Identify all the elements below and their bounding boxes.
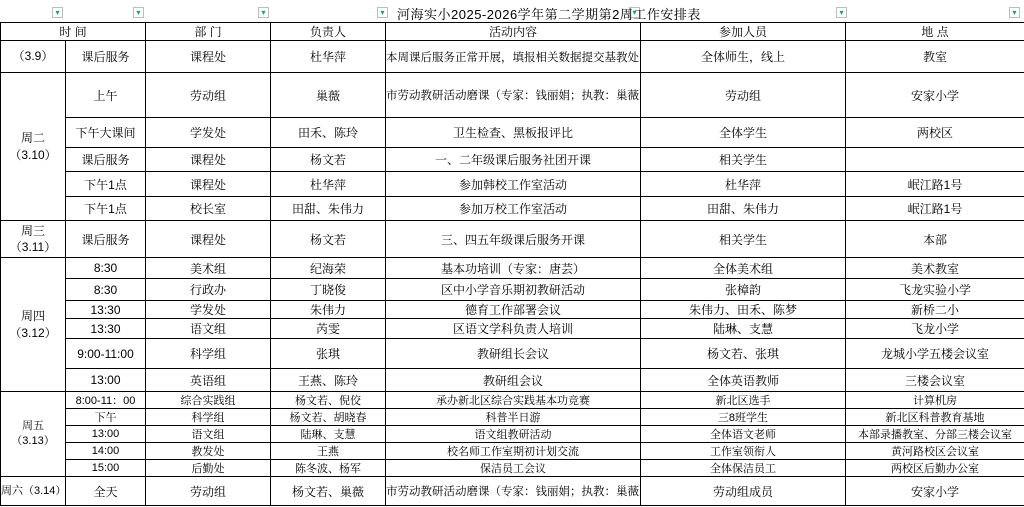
filter-dropdown-icon[interactable]: ▾	[836, 7, 847, 18]
location-cell[interactable]: 本部	[846, 221, 1024, 258]
participants-cell[interactable]: 全体保洁员工	[641, 460, 846, 477]
location-cell[interactable]: 黄河路校区会议室	[846, 443, 1024, 460]
leader-cell[interactable]: 杜华萍	[271, 172, 386, 197]
table-row: 8:30行政办丁晓俊区中小学音乐期初教研活动张樟韵飞龙实验小学	[1, 279, 1024, 301]
participants-cell[interactable]: 全体美术组	[641, 258, 846, 279]
table-row: 周六（3.14）全天劳动组杨文若、巢薇市劳动教研活动磨课（专家：钱丽娟；执教：巢…	[1, 477, 1024, 506]
leader-cell[interactable]: 朱伟力	[271, 301, 386, 319]
leader-cell[interactable]: 张琪	[271, 339, 386, 369]
table-row: 13:30学发处朱伟力德育工作部署会议朱伟力、田禾、陈梦新桥二小	[1, 301, 1024, 319]
activity-cell[interactable]: 区中小学音乐期初教研活动	[386, 279, 641, 301]
time-cell[interactable]: 9:00-11:00	[66, 339, 146, 369]
location-cell[interactable]: 岷江路1号	[846, 172, 1024, 197]
leader-cell[interactable]: 王燕、陈玲	[271, 369, 386, 392]
header-leader[interactable]: 负责人	[271, 23, 386, 41]
time-cell[interactable]: 课后服务	[66, 148, 146, 172]
table-row: 9:00-11:00科学组张琪教研组长会议杨文若、张琪龙城小学五楼会议室	[1, 339, 1024, 369]
dept-cell[interactable]: 课程处	[146, 172, 271, 197]
participants-cell[interactable]: 朱伟力、田禾、陈梦	[641, 301, 846, 319]
time-cell[interactable]: 13:30	[66, 301, 146, 319]
location-cell[interactable]: 岷江路1号	[846, 197, 1024, 221]
dept-cell[interactable]: 行政办	[146, 279, 271, 301]
time-cell[interactable]: 8:30	[66, 279, 146, 301]
table-row: （3.9）课后服务课程处杜华萍本周课后服务正常开展，填报相关数据提交基教处全体师…	[1, 41, 1024, 73]
leader-cell[interactable]: 芮雯	[271, 319, 386, 339]
time-cell[interactable]: 上午	[66, 73, 146, 118]
table-row: 13:00英语组王燕、陈玲教研组会议全体英语教师三楼会议室	[1, 369, 1024, 392]
time-cell[interactable]: 15:00	[66, 460, 146, 477]
time-cell[interactable]: 13:00	[66, 369, 146, 392]
participants-cell[interactable]: 工作室领衔人	[641, 443, 846, 460]
leader-cell[interactable]: 杨文若、倪佼	[271, 392, 386, 409]
table-row: 15:00后勤处陈冬波、杨军保洁员工会议全体保洁员工两校区后勤办公室	[1, 460, 1024, 477]
location-cell[interactable]: 龙城小学五楼会议室	[846, 339, 1024, 369]
table-row: 下午大课间学发处田禾、陈玲卫生检查、黑板报评比全体学生两校区	[1, 118, 1024, 148]
leader-cell[interactable]: 杨文若、巢薇	[271, 477, 386, 506]
participants-cell[interactable]: 全体师生，线上	[641, 41, 846, 73]
schedule-body: （3.9）课后服务课程处杜华萍本周课后服务正常开展，填报相关数据提交基教处全体师…	[1, 41, 1024, 506]
header-participants[interactable]: 参加人员	[641, 23, 846, 41]
dept-cell[interactable]: 教发处	[146, 443, 271, 460]
table-row: 周三 （3.11）课后服务课程处杨文若三、四五年级课后服务开课相关学生本部	[1, 221, 1024, 258]
participants-cell[interactable]: 全体语文老师	[641, 426, 846, 443]
location-cell[interactable]: 安家小学	[846, 477, 1024, 506]
activity-cell[interactable]: 区语文学科负责人培训	[386, 319, 641, 339]
page-title: 河海实小2025-2026学年第二学期第2周工作安排表	[397, 4, 701, 23]
table-row: 下午1点课程处杜华萍参加韩校工作室活动杜华萍岷江路1号	[1, 172, 1024, 197]
day-cell[interactable]: 周二 （3.10）	[1, 73, 66, 221]
activity-cell[interactable]: 校名师工作室期初计划交流	[386, 443, 641, 460]
dept-cell[interactable]: 课程处	[146, 148, 271, 172]
participants-cell[interactable]: 陆琳、支慧	[641, 319, 846, 339]
dept-cell[interactable]: 课程处	[146, 41, 271, 73]
location-cell[interactable]: 新北区科普教育基地	[846, 409, 1024, 426]
activity-cell[interactable]: 德育工作部署会议	[386, 301, 641, 319]
leader-cell[interactable]: 田甜、朱伟力	[271, 197, 386, 221]
activity-cell[interactable]: 卫生检查、黑板报评比	[386, 118, 641, 148]
header-location[interactable]: 地 点	[846, 23, 1024, 41]
day-cell[interactable]: （3.9）	[1, 41, 66, 73]
time-cell[interactable]: 下午大课间	[66, 118, 146, 148]
header-time[interactable]: 时 间	[1, 23, 146, 41]
activity-cell[interactable]: 基本功培训（专家：唐芸）	[386, 258, 641, 279]
title-row: ▾ ▾ ▾ ▾ ▾ ▾ ▾ 河海实小2025-2026学年第二学期第2周工作安排…	[0, 0, 1024, 22]
dept-cell[interactable]: 后勤处	[146, 460, 271, 477]
table-row: 13:00语文组陆琳、支慧语文组教研活动全体语文老师本部录播教室、分部三楼会议室	[1, 426, 1024, 443]
dept-cell[interactable]: 劳动组	[146, 477, 271, 506]
leader-cell[interactable]: 陈冬波、杨军	[271, 460, 386, 477]
table-header: 时 间 部 门 负责人 活动内容 参加人员 地 点	[1, 23, 1024, 41]
schedule-table: 时 间 部 门 负责人 活动内容 参加人员 地 点 （3.9）课后服务课程处杜华…	[0, 22, 1024, 506]
leader-cell[interactable]: 田禾、陈玲	[271, 118, 386, 148]
filter-dropdown-icon[interactable]: ▾	[133, 7, 144, 18]
activity-cell[interactable]: 参加万校工作室活动	[386, 197, 641, 221]
location-cell[interactable]: 飞龙实验小学	[846, 279, 1024, 301]
time-cell[interactable]: 全天	[66, 477, 146, 506]
participants-cell[interactable]: 三8班学生	[641, 409, 846, 426]
leader-cell[interactable]: 王燕	[271, 443, 386, 460]
day-cell[interactable]: 周六（3.14）	[1, 477, 66, 506]
location-cell[interactable]: 教室	[846, 41, 1024, 73]
location-cell[interactable]	[846, 148, 1024, 172]
location-cell[interactable]: 新桥二小	[846, 301, 1024, 319]
dept-cell[interactable]: 校长室	[146, 197, 271, 221]
participants-cell[interactable]: 杜华萍	[641, 172, 846, 197]
participants-cell[interactable]: 新北区选手	[641, 392, 846, 409]
table-row: 14:00教发处王燕校名师工作室期初计划交流工作室领衔人黄河路校区会议室	[1, 443, 1024, 460]
table-row: 13:30语文组芮雯区语文学科负责人培训陆琳、支慧飞龙小学	[1, 319, 1024, 339]
dept-cell[interactable]: 科学组	[146, 339, 271, 369]
dept-cell[interactable]: 课程处	[146, 221, 271, 258]
table-row: 下午1点校长室田甜、朱伟力参加万校工作室活动田甜、朱伟力岷江路1号	[1, 197, 1024, 221]
time-cell[interactable]: 8:30	[66, 258, 146, 279]
leader-cell[interactable]: 陆琳、支慧	[271, 426, 386, 443]
filter-dropdown-icon[interactable]: ▾	[52, 7, 63, 18]
time-cell[interactable]: 下午1点	[66, 197, 146, 221]
dept-cell[interactable]: 英语组	[146, 369, 271, 392]
dept-cell[interactable]: 语文组	[146, 426, 271, 443]
time-cell[interactable]: 8:00-11：00	[66, 392, 146, 409]
location-cell[interactable]: 三楼会议室	[846, 369, 1024, 392]
participants-cell[interactable]: 田甜、朱伟力	[641, 197, 846, 221]
participants-cell[interactable]: 全体英语教师	[641, 369, 846, 392]
leader-cell[interactable]: 杨文若、胡晓春	[271, 409, 386, 426]
table-row: 下午科学组杨文若、胡晓春科普半日游三8班学生新北区科普教育基地	[1, 409, 1024, 426]
time-cell[interactable]: 课后服务	[66, 41, 146, 73]
activity-cell[interactable]: 市劳动教研活动磨课（专家：钱丽娟；执教：巢薇）	[386, 73, 641, 118]
dept-cell[interactable]: 学发处	[146, 118, 271, 148]
activity-cell[interactable]: 语文组教研活动	[386, 426, 641, 443]
location-cell[interactable]: 美术教室	[846, 258, 1024, 279]
leader-cell[interactable]: 巢薇	[271, 73, 386, 118]
leader-cell[interactable]: 丁晓俊	[271, 279, 386, 301]
participants-cell[interactable]: 杨文若、张琪	[641, 339, 846, 369]
header-dept[interactable]: 部 门	[146, 23, 271, 41]
location-cell[interactable]: 两校区后勤办公室	[846, 460, 1024, 477]
table-row: 课后服务课程处杨文若一、二年级课后服务社团开课相关学生	[1, 148, 1024, 172]
activity-cell[interactable]: 教研组长会议	[386, 339, 641, 369]
activity-cell[interactable]: 承办新北区综合实践基本功竞赛	[386, 392, 641, 409]
dept-cell[interactable]: 语文组	[146, 319, 271, 339]
activity-cell[interactable]: 三、四五年级课后服务开课	[386, 221, 641, 258]
dept-cell[interactable]: 劳动组	[146, 73, 271, 118]
table-row: 周四 （3.12）8:30美术组纪海荣基本功培训（专家：唐芸）全体美术组美术教室	[1, 258, 1024, 279]
time-cell[interactable]: 13:00	[66, 426, 146, 443]
dept-cell[interactable]: 学发处	[146, 301, 271, 319]
table-row: 周二 （3.10）上午劳动组巢薇市劳动教研活动磨课（专家：钱丽娟；执教：巢薇）劳…	[1, 73, 1024, 118]
filter-dropdown-icon[interactable]: ▾	[258, 7, 269, 18]
participants-cell[interactable]: 张樟韵	[641, 279, 846, 301]
activity-cell[interactable]: 本周课后服务正常开展，填报相关数据提交基教处	[386, 41, 641, 73]
participants-cell[interactable]: 劳动组成员	[641, 477, 846, 506]
location-cell[interactable]: 计算机房	[846, 392, 1024, 409]
filter-dropdown-icon[interactable]: ▾	[1009, 7, 1020, 18]
day-cell[interactable]: 周三 （3.11）	[1, 221, 66, 258]
activity-cell[interactable]: 教研组会议	[386, 369, 641, 392]
header-activity[interactable]: 活动内容	[386, 23, 641, 41]
dept-cell[interactable]: 科学组	[146, 409, 271, 426]
leader-cell[interactable]: 杜华萍	[271, 41, 386, 73]
leader-cell[interactable]: 杨文若	[271, 221, 386, 258]
day-cell[interactable]: 周四 （3.12）	[1, 258, 66, 392]
table-row: 周五 （3.13）8:00-11：00综合实践组杨文若、倪佼承办新北区综合实践基…	[1, 392, 1024, 409]
location-cell[interactable]: 飞龙小学	[846, 319, 1024, 339]
time-cell[interactable]: 14:00	[66, 443, 146, 460]
leader-cell[interactable]: 纪海荣	[271, 258, 386, 279]
time-cell[interactable]: 下午	[66, 409, 146, 426]
activity-cell[interactable]: 保洁员工会议	[386, 460, 641, 477]
location-cell[interactable]: 安家小学	[846, 73, 1024, 118]
participants-cell[interactable]: 相关学生	[641, 148, 846, 172]
dept-cell[interactable]: 美术组	[146, 258, 271, 279]
leader-cell[interactable]: 杨文若	[271, 148, 386, 172]
time-cell[interactable]: 13:30	[66, 319, 146, 339]
participants-cell[interactable]: 全体学生	[641, 118, 846, 148]
location-cell[interactable]: 两校区	[846, 118, 1024, 148]
filter-dropdown-icon[interactable]: ▾	[377, 7, 388, 18]
day-cell[interactable]: 周五 （3.13）	[1, 392, 66, 477]
activity-cell[interactable]: 参加韩校工作室活动	[386, 172, 641, 197]
time-cell[interactable]: 下午1点	[66, 172, 146, 197]
participants-cell[interactable]: 劳动组	[641, 73, 846, 118]
dept-cell[interactable]: 综合实践组	[146, 392, 271, 409]
time-cell[interactable]: 课后服务	[66, 221, 146, 258]
activity-cell[interactable]: 一、二年级课后服务社团开课	[386, 148, 641, 172]
location-cell[interactable]: 本部录播教室、分部三楼会议室	[846, 426, 1024, 443]
activity-cell[interactable]: 市劳动教研活动磨课（专家：钱丽娟；执教：巢薇）	[386, 477, 641, 506]
activity-cell[interactable]: 科普半日游	[386, 409, 641, 426]
participants-cell[interactable]: 相关学生	[641, 221, 846, 258]
